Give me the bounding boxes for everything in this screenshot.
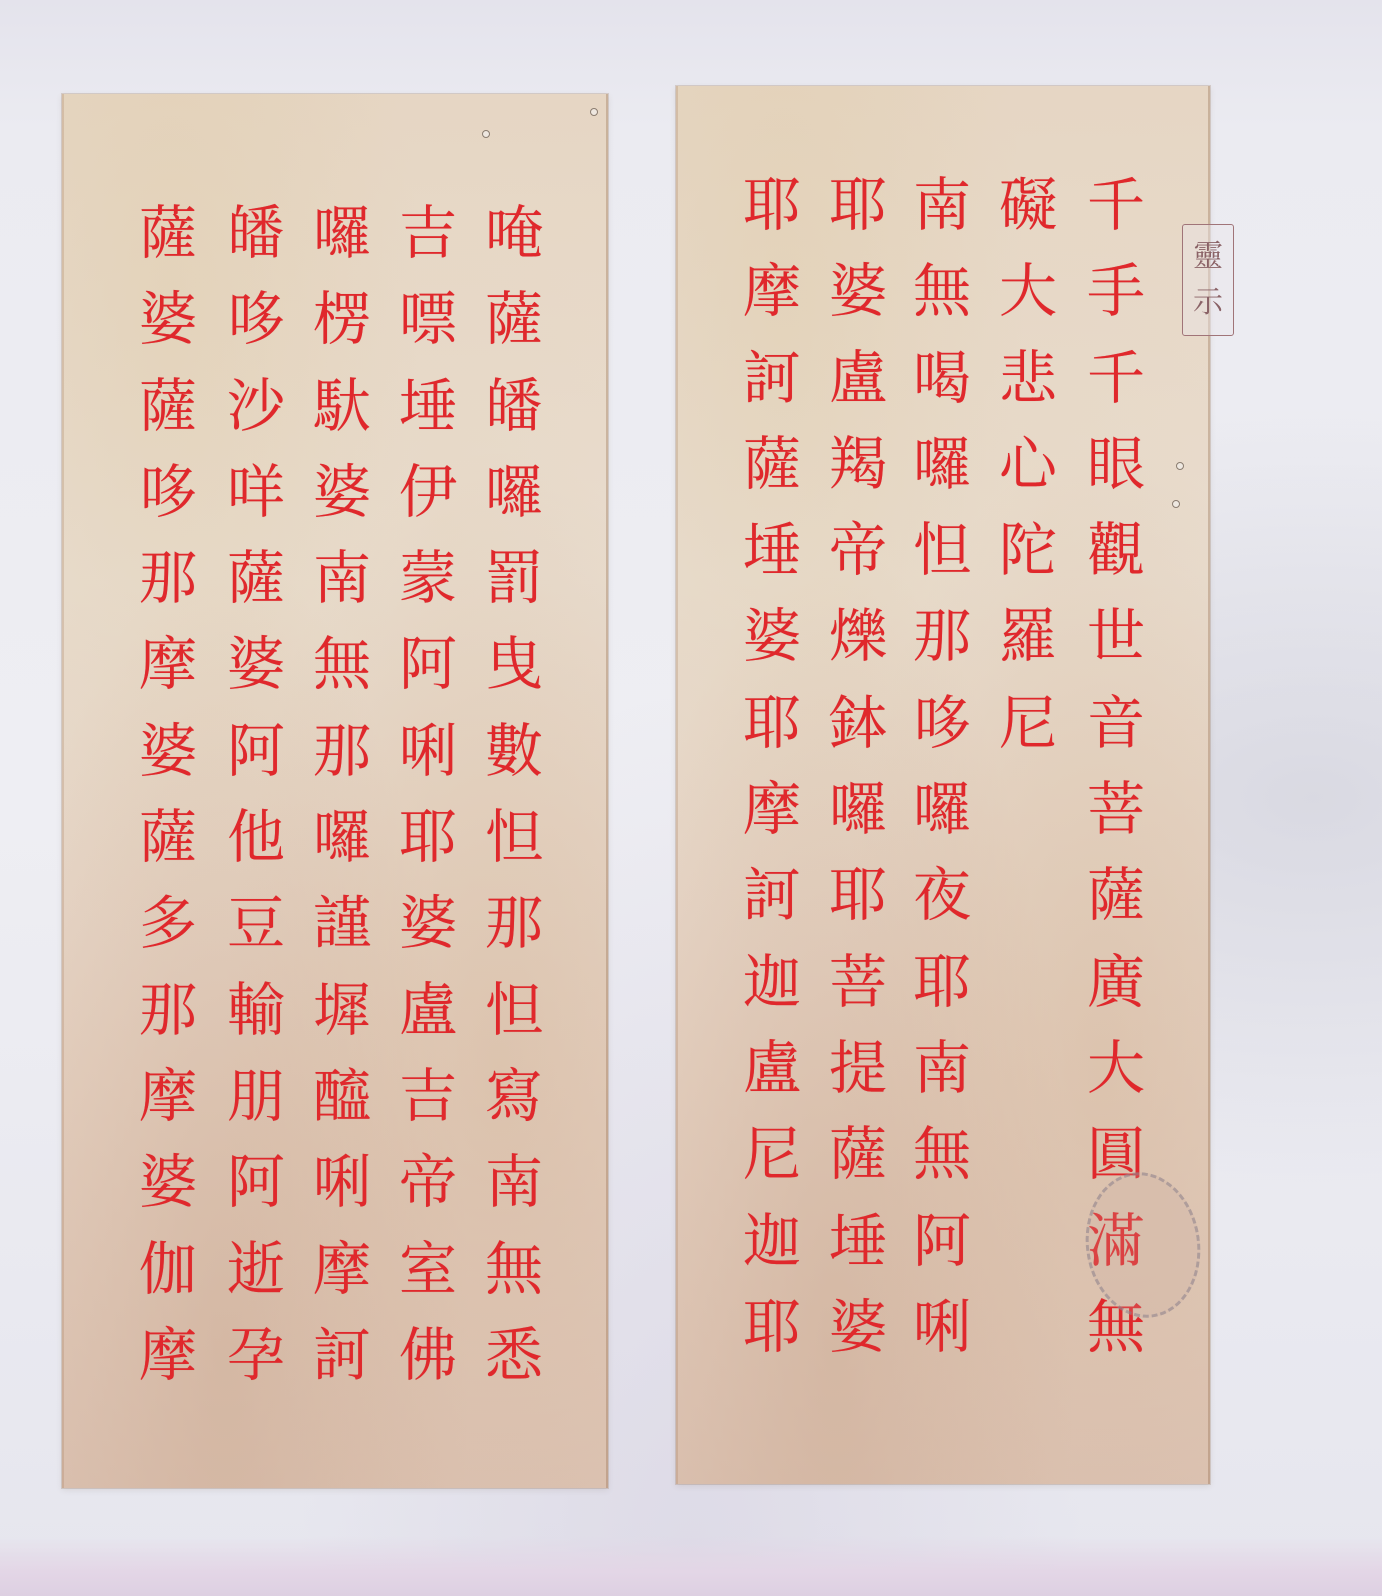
character: 千 bbox=[1074, 335, 1158, 421]
character: 世 bbox=[1074, 593, 1158, 679]
character: 夜 bbox=[900, 852, 984, 938]
pin-hole bbox=[1176, 462, 1184, 470]
character: 摩 bbox=[126, 621, 210, 707]
character: 囉 bbox=[300, 794, 384, 880]
character: 室 bbox=[386, 1226, 470, 1312]
character: 埵 bbox=[386, 363, 470, 449]
character: 阿 bbox=[214, 1139, 298, 1225]
character: 皤 bbox=[472, 363, 556, 449]
seal-glyph: 靈 bbox=[1193, 234, 1223, 280]
character: 逝 bbox=[214, 1226, 298, 1312]
character: 南 bbox=[900, 1025, 984, 1111]
left-column-4: 皤 哆 沙 咩 薩 婆 阿 他 豆 輸 朋 阿 逝 孕 bbox=[214, 190, 298, 1398]
character: 耶 bbox=[386, 794, 470, 880]
character: 帝 bbox=[816, 507, 900, 593]
character: 盧 bbox=[386, 967, 470, 1053]
character: 大 bbox=[1074, 1025, 1158, 1111]
character: 咩 bbox=[214, 449, 298, 535]
character: 無 bbox=[300, 621, 384, 707]
character: 唎 bbox=[300, 1139, 384, 1225]
character: 耶 bbox=[816, 162, 900, 248]
character: 哆 bbox=[214, 276, 298, 362]
character: 皤 bbox=[214, 190, 298, 276]
character: 哆 bbox=[900, 680, 984, 766]
left-column-5: 薩 婆 薩 哆 那 摩 婆 薩 多 那 摩 婆 伽 摩 bbox=[126, 190, 210, 1398]
character: 廣 bbox=[1074, 939, 1158, 1025]
character: 阿 bbox=[214, 708, 298, 794]
character: 唎 bbox=[386, 708, 470, 794]
character: 囉 bbox=[900, 766, 984, 852]
character: 羯 bbox=[816, 421, 900, 507]
character: 耶 bbox=[900, 939, 984, 1025]
character: 楞 bbox=[300, 276, 384, 362]
right-column-3: 南 無 喝 囉 怛 那 哆 囉 夜 耶 南 無 阿 唎 bbox=[900, 162, 984, 1370]
character: 薩 bbox=[126, 190, 210, 276]
left-column-3: 囉 楞 馱 婆 南 無 那 囉 謹 墀 醯 唎 摩 訶 bbox=[300, 190, 384, 1398]
character: 薩 bbox=[816, 1111, 900, 1197]
character: 訶 bbox=[300, 1312, 384, 1398]
character: 婆 bbox=[126, 276, 210, 362]
character: 朋 bbox=[214, 1053, 298, 1139]
character: 怛 bbox=[900, 507, 984, 593]
character: 婆 bbox=[126, 708, 210, 794]
character: 鉢 bbox=[816, 680, 900, 766]
character: 婆 bbox=[386, 880, 470, 966]
character: 無 bbox=[900, 248, 984, 334]
character: 大 bbox=[986, 248, 1070, 334]
character: 埵 bbox=[730, 507, 814, 593]
character: 礙 bbox=[986, 162, 1070, 248]
character: 唵 bbox=[472, 190, 556, 276]
character: 尼 bbox=[730, 1111, 814, 1197]
character: 婆 bbox=[214, 621, 298, 707]
character: 摩 bbox=[300, 1226, 384, 1312]
character: 那 bbox=[472, 880, 556, 966]
pin-hole bbox=[1172, 500, 1180, 508]
character: 婆 bbox=[300, 449, 384, 535]
character: 手 bbox=[1074, 248, 1158, 334]
character: 吉 bbox=[386, 1053, 470, 1139]
character: 阿 bbox=[900, 1198, 984, 1284]
character: 婆 bbox=[730, 593, 814, 679]
pin-hole bbox=[590, 108, 598, 116]
character: 無 bbox=[472, 1226, 556, 1312]
character: 孕 bbox=[214, 1312, 298, 1398]
character: 羅 bbox=[986, 593, 1070, 679]
character: 南 bbox=[472, 1139, 556, 1225]
character: 訶 bbox=[730, 852, 814, 938]
collector-seal-stamp: 靈 示 bbox=[1182, 224, 1234, 336]
character: 佛 bbox=[386, 1312, 470, 1398]
character: 那 bbox=[126, 967, 210, 1053]
right-column-2: 礙 大 悲 心 陀 羅 尼 bbox=[986, 162, 1070, 766]
character: 婆 bbox=[816, 1284, 900, 1370]
character: 埵 bbox=[816, 1198, 900, 1284]
character: 囉 bbox=[300, 190, 384, 276]
character: 訶 bbox=[730, 335, 814, 421]
character: 南 bbox=[900, 162, 984, 248]
right-column-5: 耶 摩 訶 薩 埵 婆 耶 摩 訶 迦 盧 尼 迦 耶 bbox=[730, 162, 814, 1370]
character: 迦 bbox=[730, 939, 814, 1025]
right-column-4: 耶 婆 盧 羯 帝 爍 鉢 囉 耶 菩 提 薩 埵 婆 bbox=[816, 162, 900, 1370]
character: 觀 bbox=[1074, 507, 1158, 593]
character: 唎 bbox=[900, 1284, 984, 1370]
character: 盧 bbox=[730, 1025, 814, 1111]
character: 囉 bbox=[816, 766, 900, 852]
character: 薩 bbox=[126, 794, 210, 880]
character: 薩 bbox=[214, 535, 298, 621]
character: 耶 bbox=[730, 680, 814, 766]
character: 蒙 bbox=[386, 535, 470, 621]
character: 吉 bbox=[386, 190, 470, 276]
character: 耶 bbox=[730, 162, 814, 248]
character: 那 bbox=[300, 708, 384, 794]
left-column-2: 吉 嘌 埵 伊 蒙 阿 唎 耶 婆 盧 吉 帝 室 佛 bbox=[386, 190, 470, 1398]
character: 眼 bbox=[1074, 421, 1158, 507]
character: 豆 bbox=[214, 880, 298, 966]
character: 菩 bbox=[1074, 766, 1158, 852]
character: 謹 bbox=[300, 880, 384, 966]
character: 陀 bbox=[986, 507, 1070, 593]
character: 心 bbox=[986, 421, 1070, 507]
seal-glyph: 示 bbox=[1193, 280, 1223, 326]
character: 阿 bbox=[386, 621, 470, 707]
character: 無 bbox=[900, 1111, 984, 1197]
character: 馱 bbox=[300, 363, 384, 449]
character: 摩 bbox=[730, 248, 814, 334]
character: 迦 bbox=[730, 1198, 814, 1284]
left-column-1: 唵 薩 皤 囉 罰 曳 數 怛 那 怛 寫 南 無 悉 bbox=[472, 190, 556, 1398]
character: 千 bbox=[1074, 162, 1158, 248]
character: 他 bbox=[214, 794, 298, 880]
character: 怛 bbox=[472, 967, 556, 1053]
character: 摩 bbox=[730, 766, 814, 852]
character: 寫 bbox=[472, 1053, 556, 1139]
character: 尼 bbox=[986, 680, 1070, 766]
mounting-bottom-band bbox=[0, 1536, 1382, 1596]
character: 薩 bbox=[126, 363, 210, 449]
character: 薩 bbox=[730, 421, 814, 507]
character: 南 bbox=[300, 535, 384, 621]
character: 囉 bbox=[472, 449, 556, 535]
character: 多 bbox=[126, 880, 210, 966]
character: 輸 bbox=[214, 967, 298, 1053]
pin-hole bbox=[482, 130, 490, 138]
character: 盧 bbox=[816, 335, 900, 421]
character: 耶 bbox=[730, 1284, 814, 1370]
character: 怛 bbox=[472, 794, 556, 880]
character: 摩 bbox=[126, 1053, 210, 1139]
character: 耶 bbox=[816, 852, 900, 938]
character: 數 bbox=[472, 708, 556, 794]
character: 摩 bbox=[126, 1312, 210, 1398]
character: 音 bbox=[1074, 680, 1158, 766]
character: 悲 bbox=[986, 335, 1070, 421]
character: 伊 bbox=[386, 449, 470, 535]
character: 提 bbox=[816, 1025, 900, 1111]
character: 哆 bbox=[126, 449, 210, 535]
character: 那 bbox=[126, 535, 210, 621]
character: 悉 bbox=[472, 1312, 556, 1398]
character: 帝 bbox=[386, 1139, 470, 1225]
character: 沙 bbox=[214, 363, 298, 449]
left-sutra-panel: 唵 薩 皤 囉 罰 曳 數 怛 那 怛 寫 南 無 悉 吉 嘌 埵 伊 蒙 阿 … bbox=[62, 94, 608, 1488]
character: 薩 bbox=[1074, 852, 1158, 938]
character: 薩 bbox=[472, 276, 556, 362]
character: 罰 bbox=[472, 535, 556, 621]
character: 伽 bbox=[126, 1226, 210, 1312]
character: 嘌 bbox=[386, 276, 470, 362]
character: 囉 bbox=[900, 421, 984, 507]
character: 曳 bbox=[472, 621, 556, 707]
character: 婆 bbox=[816, 248, 900, 334]
character: 喝 bbox=[900, 335, 984, 421]
character: 菩 bbox=[816, 939, 900, 1025]
character: 婆 bbox=[126, 1139, 210, 1225]
character: 墀 bbox=[300, 967, 384, 1053]
character: 那 bbox=[900, 593, 984, 679]
character: 爍 bbox=[816, 593, 900, 679]
character: 醯 bbox=[300, 1053, 384, 1139]
